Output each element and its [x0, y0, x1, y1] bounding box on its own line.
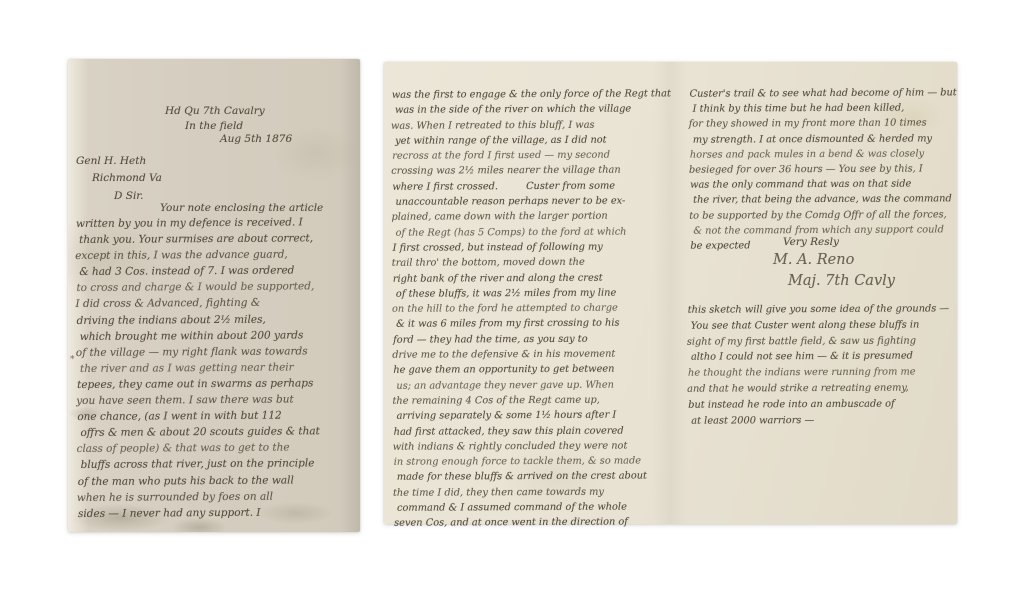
handwriting-line: arriving separately & some 1½ hours afte…: [397, 409, 682, 426]
handwriting-line: & had 3 Cos. instead of 7. I was ordered: [79, 264, 354, 282]
handwriting-line: of the village — my right flank was towa…: [76, 345, 355, 363]
handwriting-line: to cross and charge & I would be support…: [76, 280, 354, 298]
signature-rank-title: Maj. 7th Cavly: [788, 273, 895, 289]
handwriting-line: trail thro' the bottom, moved down the: [392, 257, 681, 274]
handwriting-line: I did cross & Advanced, fighting &: [75, 297, 354, 315]
page3-postscript-text: this sketch will give you some idea of t…: [688, 303, 953, 431]
handwriting-line: Custer's trail & to see what had become …: [690, 87, 952, 104]
handwriting-line: on the hill to the ford he attempted to …: [392, 302, 681, 319]
handwriting-line: sides — I never had any support. I: [78, 506, 356, 524]
handwriting-line: but instead he rode into an ambuscade of: [688, 398, 952, 415]
opening-line: Your note enclosing the article: [160, 202, 323, 214]
handwriting-line: to be supported by the Comdg Offr of all…: [689, 209, 952, 226]
closing-phrase: Very Resly: [783, 236, 839, 248]
handwriting-line: and that he would strike a retreating en…: [687, 382, 952, 399]
handwriting-line: & it was 6 miles from my first crossing …: [396, 318, 681, 335]
handwriting-line: this sketch will give you some idea of t…: [688, 303, 952, 320]
handwriting-line: except in this, I was the advance guard,: [75, 248, 354, 266]
handwriting-line: of the Regt (has 5 Comps) to the ford at…: [396, 226, 681, 243]
handwriting-line: command & I assumed command of the whole: [397, 501, 682, 518]
handwriting-line: when he is surrounded by foes on all: [77, 490, 356, 508]
handwriting-line: driving the indians about 2½ miles,: [77, 313, 355, 331]
handwriting-line: the time I did, they then came towards m…: [393, 486, 682, 503]
handwriting-line: was in the side of the river on which th…: [395, 104, 680, 121]
handwriting-line: was. When I retreated to this bluff, I w…: [391, 119, 680, 136]
letterhead-line: In the field: [185, 120, 243, 132]
recipient-city: Richmond Va: [92, 172, 162, 184]
salutation: D Sir.: [114, 190, 144, 202]
handwriting-line: was the only command that was on that si…: [690, 178, 952, 195]
handwriting-line: class of people) & that was to get to th…: [77, 441, 356, 459]
handwriting-line: you have seen them. I saw there was but: [76, 393, 355, 411]
handwriting-line: seven Cos, and at once went in the direc…: [394, 517, 682, 534]
letter-page-1: Hd Qu 7th Cavalry In the field Aug 5th 1…: [68, 59, 360, 532]
handwriting-line: right bank of the river and along the cr…: [393, 272, 681, 289]
handwriting-line: recross at the ford I first used — my se…: [392, 149, 680, 166]
margin-asterisk-mark: *: [70, 355, 75, 365]
letterhead-date: Aug 5th 1876: [220, 133, 292, 145]
handwriting-line: crossing was 2½ miles nearer the village…: [391, 165, 680, 182]
handwriting-line: I first crossed, but instead of followin…: [393, 241, 681, 258]
handwriting-line: You see that Custer went along these blu…: [691, 319, 952, 336]
handwriting-line: horses and pack mules in a bend & was cl…: [690, 148, 952, 165]
handwriting-line: the river, that being the advance, was t…: [693, 194, 952, 211]
recipient-name: Genl H. Heth: [76, 155, 146, 167]
handwriting-line: my strength. I at once dismounted & herd…: [693, 133, 952, 150]
handwriting-line: the river and as I was getting near thei…: [80, 361, 355, 379]
letter-spread-pages-2-3: was the first to engage & the only force…: [384, 62, 957, 524]
catalog-photo-background: { "meta": { "description_colors": { "bac…: [0, 0, 1024, 590]
handwriting-line: of these bluffs, it was 2½ miles from my…: [396, 287, 681, 304]
handwriting-line: was the first to engage & the only force…: [392, 88, 680, 105]
handwriting-line: in strong enough force to tackle them, &…: [394, 455, 682, 472]
handwriting-line: which brought me within about 200 yards: [80, 329, 355, 347]
handwriting-line: one chance, (as I went in with but 112: [77, 409, 355, 427]
handwriting-line: he thought the indians were running from…: [688, 366, 952, 383]
handwriting-line: altho I could not see him — & it is pres…: [691, 351, 952, 368]
handwriting-line: thank you. Your surmises are about corre…: [79, 232, 354, 250]
handwriting-line: us; an advantage they never gave up. Whe…: [396, 379, 681, 396]
handwriting-line: of the man who puts his back to the wall: [78, 474, 356, 492]
handwriting-line: I think by this time but he had been kil…: [693, 103, 952, 120]
handwriting-line: where I first crossed. Custer from some: [392, 180, 680, 197]
handwriting-line: ford — they had the time, as you say to: [393, 333, 681, 350]
page3-body-text: Custer's trail & to see what had become …: [690, 87, 953, 255]
letterhead-line: Hd Qu 7th Cavalry: [165, 105, 265, 117]
page1-body-text: written by you in my defence is received…: [76, 216, 356, 524]
handwriting-line: for they showed in my front more than 10…: [689, 118, 952, 135]
handwriting-line: the remaining 4 Cos of the Regt came up,: [392, 394, 681, 411]
handwriting-line: at least 2000 warriors —: [691, 414, 952, 431]
handwriting-line: sight of my first battle field, & saw us…: [687, 335, 952, 352]
handwriting-line: plained, came down with the larger porti…: [391, 211, 680, 228]
handwriting-line: besieged for over 36 hours — You see by …: [689, 163, 952, 180]
handwriting-line: he gave them an opportunity to get betwe…: [393, 364, 681, 381]
handwriting-line: with indians & rightly concluded they we…: [393, 440, 682, 457]
handwriting-line: offrs & men & about 20 scouts guides & t…: [80, 425, 355, 443]
handwriting-line: unaccountable reason perhaps never to be…: [395, 195, 680, 212]
handwriting-line: tepees, they came out in swarms as perha…: [77, 377, 355, 395]
handwriting-line: written by you in my defence is received…: [76, 216, 354, 234]
handwriting-line: drive me to the defensive & in his movem…: [392, 348, 681, 365]
handwriting-line: bluffs across that river, just on the pr…: [81, 457, 356, 475]
signature: M. A. Reno: [773, 252, 854, 268]
handwriting-line: yet within range of the village, as I di…: [395, 134, 680, 151]
handwriting-line: made for these bluffs & arrived on the c…: [397, 471, 682, 488]
handwriting-line: had first attacked, they saw this plain …: [394, 425, 682, 442]
page2-body-text: was the first to engage & the only force…: [392, 88, 682, 533]
